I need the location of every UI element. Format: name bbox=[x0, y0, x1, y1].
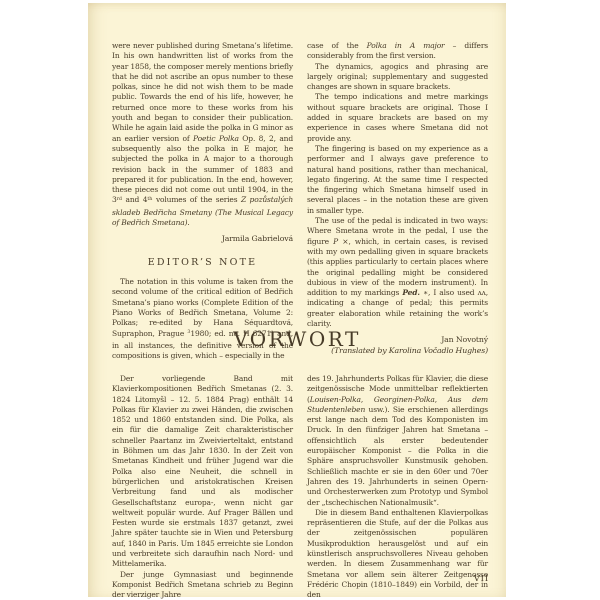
german-left-column: Der vorliegende Band mit Klavierkomposit… bbox=[112, 374, 293, 600]
english-left-column: were never published during Smetana’s li… bbox=[112, 41, 293, 362]
editors-note-heading: EDITOR’S NOTE bbox=[112, 258, 293, 268]
fingering-paragraph: The fingering is based on my experience … bbox=[307, 144, 488, 216]
dynamics-paragraph: The dynamics, agogics and phrasing are l… bbox=[307, 62, 488, 93]
vorwort-section: Der vorliegende Band mit Klavierkomposit… bbox=[112, 374, 488, 600]
tempo-paragraph: The tempo indications and metre markings… bbox=[307, 92, 488, 143]
continuation-paragraph: des 19. Jahrhunderts Polkas für Klavier,… bbox=[307, 374, 488, 508]
author-signature: Jarmila Gabrielová bbox=[112, 234, 293, 245]
vorwort-heading: VORWORT bbox=[88, 327, 506, 351]
english-right-column: case of the Polka in A major – differs c… bbox=[307, 41, 488, 362]
author-name: Jarmila Gabrielová bbox=[222, 234, 293, 243]
page-number: VII bbox=[474, 574, 489, 584]
polka-history-paragraph: Der vorliegende Band mit Klavierkomposit… bbox=[112, 374, 293, 570]
klavierpolkas-paragraph: Die in diesem Band enthaltenen Klavierpo… bbox=[307, 508, 488, 600]
german-right-column: des 19. Jahrhunderts Polkas für Klavier,… bbox=[307, 374, 488, 600]
young-smetana-paragraph: Der junge Gymnasiast und beginnende Komp… bbox=[112, 570, 293, 600]
continuation-paragraph: case of the Polka in A major – differs c… bbox=[307, 41, 488, 62]
continuation-paragraph: were never published during Smetana’s li… bbox=[112, 41, 293, 228]
pedal-paragraph: The use of the pedal is indicated in two… bbox=[307, 216, 488, 329]
book-page: were never published during Smetana’s li… bbox=[88, 3, 506, 597]
editors-note-section: were never published during Smetana’s li… bbox=[112, 41, 488, 362]
